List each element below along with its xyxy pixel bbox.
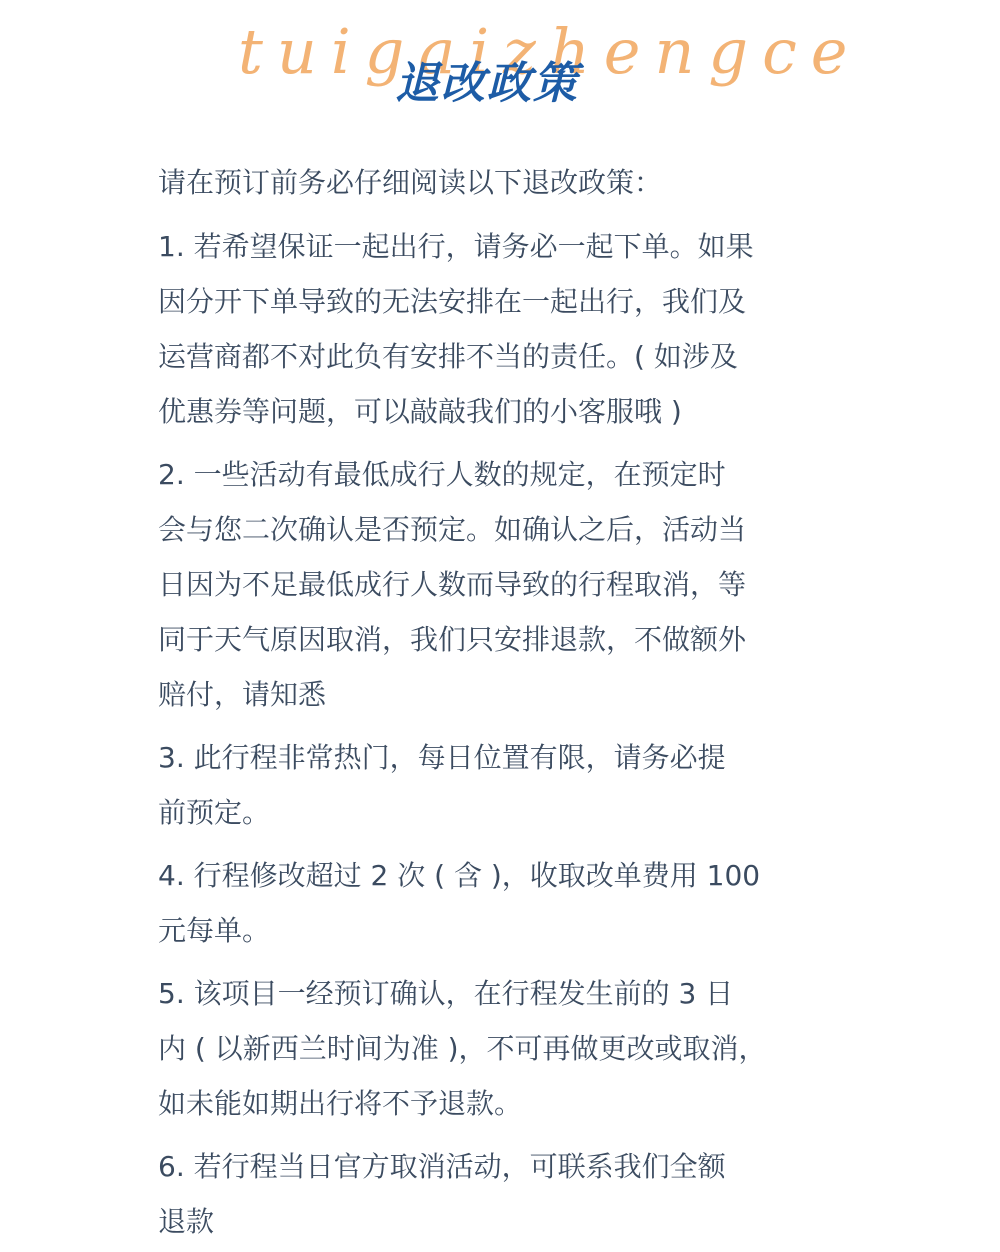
policy-item-2: 2. 一些活动有最低成行人数的规定，在预定时 会与您二次确认是否预定。如确认之后… <box>158 447 838 722</box>
policy-line: 内 ( 以新西兰时间为准 )，不可再做更改或取消， <box>158 1021 838 1076</box>
policy-line: 2. 一些活动有最低成行人数的规定，在预定时 <box>158 447 838 502</box>
policy-content: 请在预订前务必仔细阅读以下退改政策： 1. 若希望保证一起出行，请务必一起下单。… <box>158 155 838 1252</box>
page-title: 退改政策 <box>395 56 615 112</box>
policy-line: 退款 <box>158 1194 838 1249</box>
header: tuigaizhengce 退改政策 <box>0 0 1000 120</box>
policy-item-5: 5. 该项目一经预订确认，在行程发生前的 3 日 内 ( 以新西兰时间为准 )，… <box>158 966 838 1131</box>
policy-line: 运营商都不对此负有安排不当的责任。( 如涉及 <box>158 329 838 384</box>
policy-item-1: 1. 若希望保证一起出行，请务必一起下单。如果 因分开下单导致的无法安排在一起出… <box>158 219 838 439</box>
policy-line: 优惠券等问题，可以敲敲我们的小客服哦 ) <box>158 384 838 439</box>
policy-line: 会与您二次确认是否预定。如确认之后，活动当 <box>158 502 838 557</box>
policy-line: 6. 若行程当日官方取消活动，可联系我们全额 <box>158 1139 838 1194</box>
policy-line: 日因为不足最低成行人数而导致的行程取消，等 <box>158 557 838 612</box>
policy-line: 赔付，请知悉 <box>158 667 838 722</box>
policy-item-6: 6. 若行程当日官方取消活动，可联系我们全额 退款 <box>158 1139 838 1249</box>
policy-line: 元每单。 <box>158 903 838 958</box>
policy-line: 4. 行程修改超过 2 次 ( 含 )，收取改单费用 100 <box>158 848 838 903</box>
policy-item-3: 3. 此行程非常热门，每日位置有限，请务必提 前预定。 <box>158 730 838 840</box>
policy-line: 5. 该项目一经预订确认，在行程发生前的 3 日 <box>158 966 838 1021</box>
policy-line: 1. 若希望保证一起出行，请务必一起下单。如果 <box>158 219 838 274</box>
policy-line: 前预定。 <box>158 785 838 840</box>
policy-line: 如未能如期出行将不予退款。 <box>158 1076 838 1131</box>
policy-line: 同于天气原因取消，我们只安排退款，不做额外 <box>158 612 838 667</box>
policy-line: 3. 此行程非常热门，每日位置有限，请务必提 <box>158 730 838 785</box>
policy-item-4: 4. 行程修改超过 2 次 ( 含 )，收取改单费用 100 元每单。 <box>158 848 838 958</box>
policy-line: 因分开下单导致的无法安排在一起出行，我们及 <box>158 274 838 329</box>
intro-text: 请在预订前务必仔细阅读以下退改政策： <box>158 155 838 211</box>
